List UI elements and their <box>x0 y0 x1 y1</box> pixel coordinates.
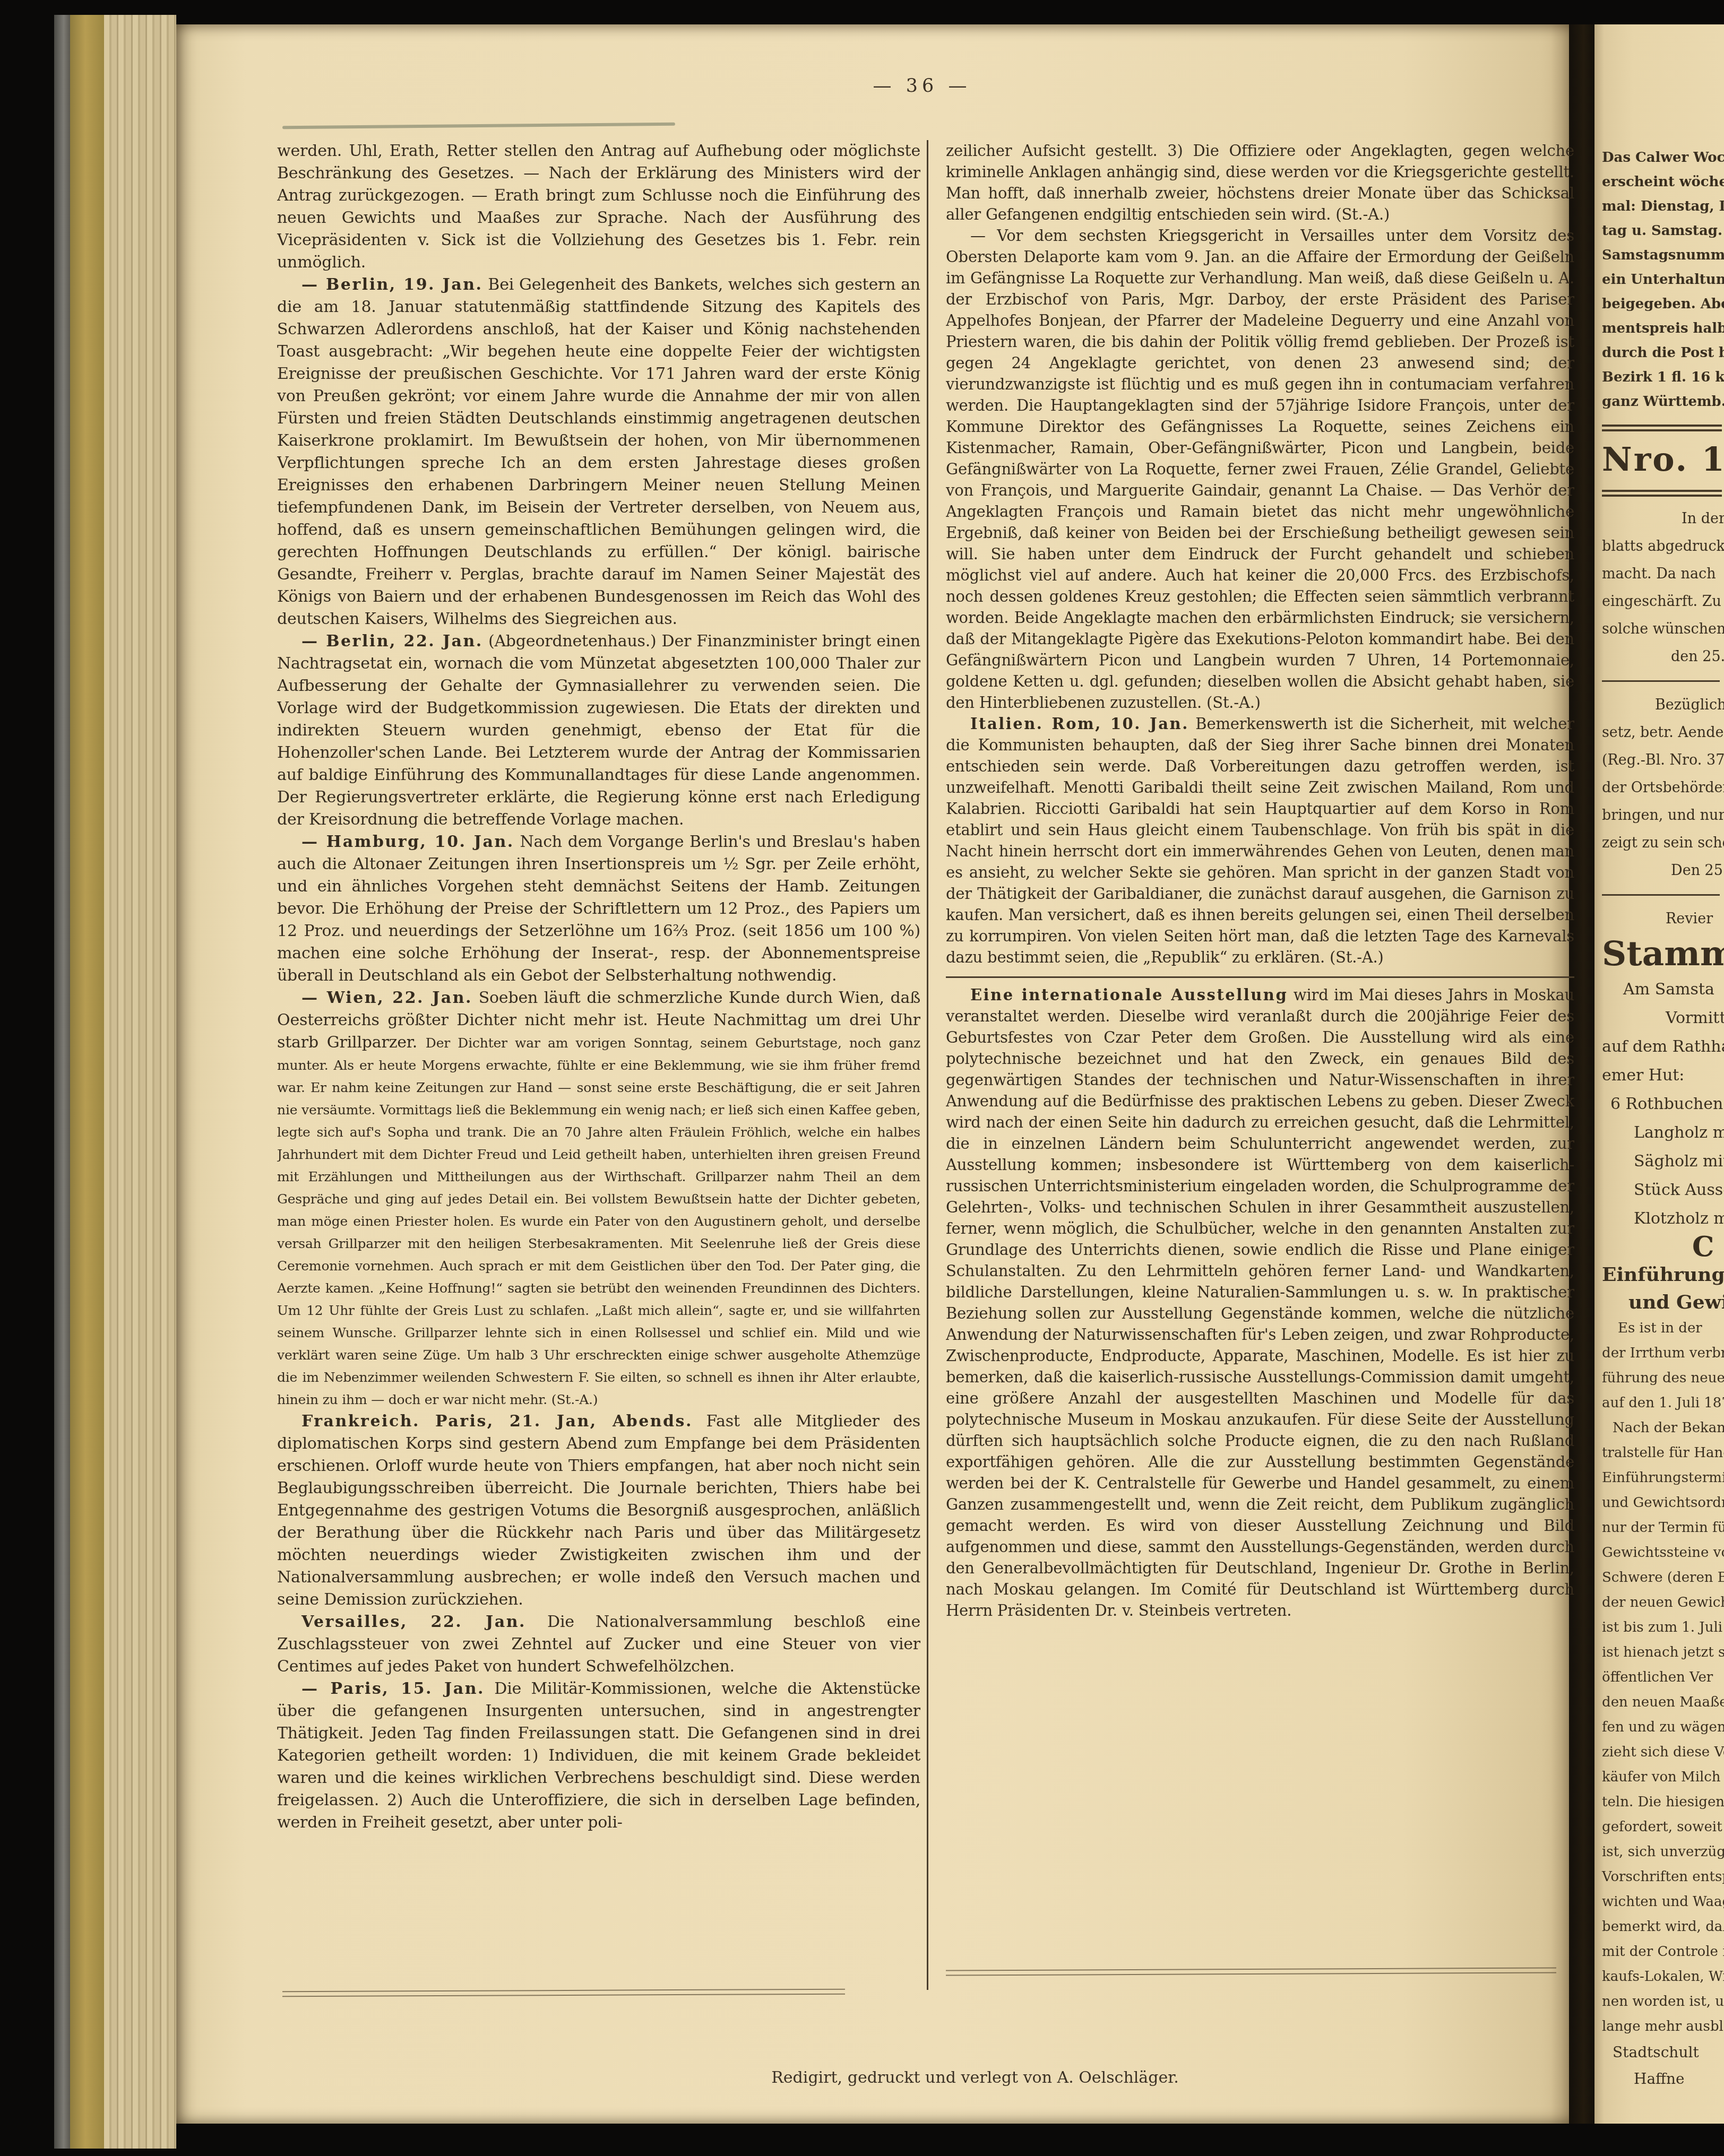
dateline: — Berlin, 19. Jan. <box>301 275 482 294</box>
masthead-line: Das Calwer Wochenbl <box>1602 145 1724 170</box>
fragment-line: solche wünschen, h <box>1602 616 1724 643</box>
fragment-line: (Reg.-Bl. Nro. 37 <box>1602 747 1724 774</box>
masthead-line: durch die Post bezogen <box>1602 341 1724 365</box>
heading-line: Einführung de <box>1602 1261 1724 1288</box>
fragment-line: wichten und Waagen <box>1602 1890 1724 1915</box>
news-paragraph: Italien. Rom, 10. Jan. Bemerkenswerth is… <box>946 713 1574 968</box>
page-number: — 36 — <box>277 75 1567 97</box>
paragraph-text: Die Militär-Kommissionen, welche die Akt… <box>277 1679 920 1832</box>
paragraph-text: zeilicher Aufsicht gestellt. 3) Die Offi… <box>946 142 1574 223</box>
notice-fragment: In derblatts abgedrucktemacht. Da nachei… <box>1602 505 1724 671</box>
thin-rule <box>1602 680 1720 682</box>
fragment-line: Schwere (deren Bez <box>1602 1565 1724 1590</box>
paragraph-text: (Abgeordnetenhaus.) Der Finanzminister b… <box>277 632 920 829</box>
heading-line: C <box>1602 1233 1724 1261</box>
news-paragraph: — Vor dem sechsten Kriegsgericht in Vers… <box>946 225 1574 713</box>
news-paragraph: — Paris, 15. Jan. Die Militär-Kommission… <box>277 1678 920 1834</box>
fragment-line: Es ist in der <box>1602 1316 1724 1341</box>
signature-fragment: StadtschultHaffne <box>1602 2039 1724 2092</box>
fragment-line: der Ortsbehörden <box>1602 774 1724 802</box>
fragment-line: auf den 1. Juli 187 <box>1602 1391 1724 1416</box>
fragment-line: gefordert, soweit die <box>1602 1815 1724 1840</box>
fragment-line: In der <box>1602 505 1724 533</box>
book-edge-shadow <box>54 15 70 2149</box>
issue-number: Nro. 11. <box>1602 440 1724 479</box>
fragment-line: und Gewichtsordnung <box>1602 1491 1724 1516</box>
left-column: werden. Uhl, Erath, Retter stellen den A… <box>277 140 920 2013</box>
masthead-line: Samstagsnummer w <box>1602 243 1724 267</box>
wood-sale-list: Am SamstaVormittauf dem Rathhauseemer Hu… <box>1602 975 1724 1233</box>
fragment-line: Gewichtssteine von <box>1602 1540 1724 1565</box>
fragment-line: teln. Die hiesigen G <box>1602 1790 1724 1815</box>
masthead-line: erscheint wöchentlich d <box>1602 170 1724 194</box>
fragment-line: öffentlichen Ver <box>1602 1665 1724 1690</box>
scanned-newspaper-page: — 36 — werden. Uhl, Erath, Retter stelle… <box>0 0 1724 2156</box>
masthead-line: mal: Dienstag, Donn <box>1602 194 1724 219</box>
middle-column: zeilicher Aufsicht gestellt. 3) Die Offi… <box>946 140 1574 1985</box>
news-paragraph: — Hamburg, 10. Jan. Nach dem Vorgange Be… <box>277 831 920 987</box>
double-rule <box>1602 490 1722 497</box>
dateline: Frankreich. Paris, 21. Jan, Abends. <box>301 1412 693 1431</box>
fragment-line: der neuen Gewichtso <box>1602 1590 1724 1615</box>
fragment-line: zeigt zu sein schein <box>1602 829 1724 857</box>
fragment-line: setz, betr. Aenderu <box>1602 719 1724 747</box>
fragment-line: nur der Termin für <box>1602 1516 1724 1540</box>
dateline: — Paris, 15. Jan. <box>301 1679 485 1698</box>
news-paragraph: — Berlin, 22. Jan. (Abgeordnetenhaus.) D… <box>277 630 920 831</box>
paragraph-text: Nach dem Vorgange Berlin's und Breslau's… <box>277 833 920 985</box>
news-paragraph: zeilicher Aufsicht gestellt. 3) Die Offi… <box>946 140 1574 225</box>
fragment-line: kaufs-Lokalen, Wirthsch <box>1602 1964 1724 1989</box>
news-paragraph: werden. Uhl, Erath, Retter stellen den A… <box>277 140 920 274</box>
paragraph-text: werden. Uhl, Erath, Retter stellen den A… <box>277 142 920 272</box>
wood-sale-title: Stammho <box>1602 933 1724 975</box>
column-divider-rule <box>927 140 928 1990</box>
paragraph-small-text: Der Dichter war am vorigen Sonntag, sein… <box>277 1035 920 1407</box>
fragment-line: ist hienach jetzt schon <box>1602 1640 1724 1665</box>
dateline: Italien. Rom, 10. Jan. <box>970 715 1189 733</box>
fragment-line: Bezüglich <box>1602 691 1724 719</box>
news-paragraph: — Berlin, 19. Jan. Bei Gelegenheit des B… <box>277 274 920 630</box>
fragment-line: den neuen Maaßen u <box>1602 1690 1724 1715</box>
book-page-stack <box>104 15 176 2149</box>
section-divider-rule <box>946 976 1574 978</box>
masthead-line: ganz Württemb. 1 fl. 36 <box>1602 389 1724 414</box>
fragment-line: tralstelle für Handel <box>1602 1441 1724 1466</box>
paragraph-text: — Vor dem sechsten Kriegsgericht in Vers… <box>946 227 1574 712</box>
paragraph-text: wird im Mai dieses Jahrs in Moskau veran… <box>946 986 1574 1620</box>
fragment-line: Revier <box>1602 905 1724 933</box>
fragment-line: emer Hut: <box>1602 1061 1724 1090</box>
decree-fragment: Bezüglichsetz, betr. Aenderu(Reg.-Bl. Nr… <box>1602 691 1724 885</box>
fragment-line: zieht sich diese Vorsch <box>1602 1740 1724 1765</box>
weights-notice-heading: CEinführung deund Gewich <box>1602 1233 1724 1316</box>
fragment-line: Sägholz mit <box>1602 1147 1724 1176</box>
dateline: — Wien, 22. Jan. <box>301 989 472 1007</box>
news-paragraph: Versailles, 22. Jan. Die Nationalversamm… <box>277 1611 920 1678</box>
dateline: — Hamburg, 10. Jan. <box>301 833 514 851</box>
masthead-line: mentspreis halbjährl. <box>1602 316 1724 341</box>
next-page-content: Das Calwer Wochenblerscheint wöchentlich… <box>1594 24 1724 2092</box>
fragment-line: der Irrthum verbr <box>1602 1341 1724 1366</box>
fragment-line: Stück Ausschu <box>1602 1176 1724 1205</box>
weights-notice-body: Es ist in derder Irrthum verbrführung de… <box>1602 1316 1724 2039</box>
fragment-line: mit der Controle in <box>1602 1939 1724 1964</box>
news-paragraph: Frankreich. Paris, 21. Jan, Abends. Fast… <box>277 1410 920 1611</box>
thin-rule <box>1602 894 1720 896</box>
paragraph-text: Fast alle Mitglieder des diplomatischen … <box>277 1412 920 1609</box>
fragment-line: käufer von Milch und <box>1602 1765 1724 1790</box>
fragment-line: Vormitt <box>1602 1004 1724 1033</box>
imprint-line: Redigirt, gedruckt und verlegt von A. Oe… <box>330 2068 1620 2087</box>
masthead-line: Bezirk 1 fl. 16 kr., sonst <box>1602 365 1724 389</box>
fragment-line: ist bis zum 1. Juli <box>1602 1615 1724 1640</box>
fragment-line: Langholz mit <box>1602 1119 1724 1147</box>
fragment-line: Stadtschult <box>1602 2039 1724 2066</box>
masthead-line: tag u. Samstag. <box>1602 219 1724 243</box>
fragment-line: Vorschriften entsprech <box>1602 1865 1724 1890</box>
paragraph-text: Bemerkenswerth ist die Sicherheit, mit w… <box>946 715 1574 966</box>
masthead-line: ein Unterhaltungsb <box>1602 267 1724 292</box>
fragment-line: Einführungstermin <box>1602 1466 1724 1491</box>
fragment-line: ist, sich unverzügl <box>1602 1840 1724 1865</box>
fragment-line: führung des neuen <box>1602 1366 1724 1391</box>
fragment-line: Klotzholz mit <box>1602 1205 1724 1233</box>
fragment-line: den 25. <box>1602 643 1724 671</box>
print-artifact <box>282 123 675 129</box>
next-page-edge: Das Calwer Wochenblerscheint wöchentlich… <box>1594 24 1724 2124</box>
fragment-line: lange mehr ausbleibe <box>1602 2014 1724 2039</box>
fragment-line: macht. Da nach <box>1602 560 1724 588</box>
book-edge-yellow-page <box>70 15 104 2149</box>
wood-sale-intro: Revier <box>1602 905 1724 933</box>
double-rule <box>1602 425 1722 431</box>
fragment-line: eingeschärft. Zu <box>1602 588 1724 616</box>
page-fold-shadow <box>1551 24 1604 2124</box>
fragment-line: 6 Rothbuchen mi <box>1602 1090 1724 1119</box>
fragment-line: bemerkt wird, daß in <box>1602 1915 1724 1939</box>
masthead-text: Das Calwer Wochenblerscheint wöchentlich… <box>1602 145 1724 414</box>
heading-line: und Gewich <box>1602 1288 1724 1316</box>
fragment-line: bringen, und nur <box>1602 802 1724 829</box>
fragment-line: blatts abgedruckte <box>1602 533 1724 560</box>
paragraph-text: Bei Gelegenheit des Bankets, welches sic… <box>277 275 920 628</box>
dateline: Versailles, 22. Jan. <box>301 1613 526 1631</box>
fragment-line: fen und zu wägen. <box>1602 1715 1724 1740</box>
masthead-line: beigegeben. Abonn <box>1602 292 1724 316</box>
article-lead: Eine internationale Ausstellung <box>970 986 1288 1004</box>
news-paragraph: Eine internationale Ausstellung wird im … <box>946 984 1574 1621</box>
newspaper-page: — 36 — werden. Uhl, Erath, Retter stelle… <box>176 24 1569 2124</box>
fragment-line: Haffne <box>1602 2066 1724 2092</box>
fragment-line: Den 25. <box>1602 857 1724 885</box>
fragment-line: auf dem Rathhause <box>1602 1033 1724 1061</box>
dateline: — Berlin, 22. Jan. <box>301 632 483 651</box>
fragment-line: nen worden ist, und <box>1602 1989 1724 2014</box>
fragment-line: Am Samsta <box>1602 975 1724 1004</box>
news-paragraph-grillparzer: — Wien, 22. Jan. Soeben läuft die schmer… <box>277 987 920 1410</box>
fragment-line: Nach der Bekann <box>1602 1416 1724 1441</box>
